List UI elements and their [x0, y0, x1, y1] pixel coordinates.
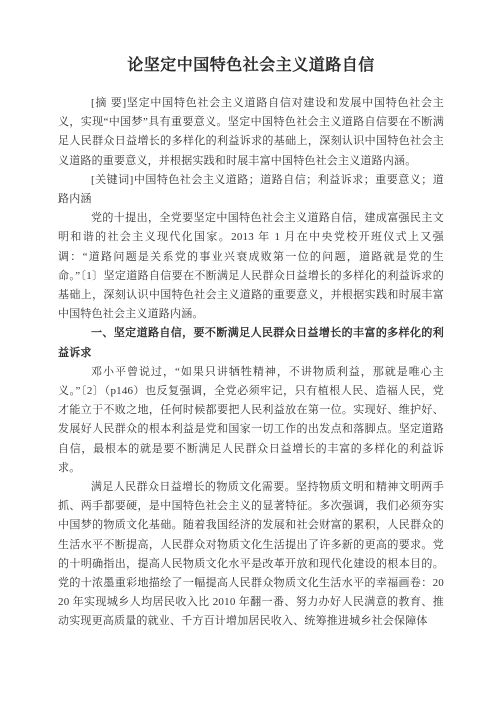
intro-paragraph: 党的十提出，全党要坚定中国特色社会主义道路自信，建成富强民主文明和谐的社会主义现… [58, 209, 444, 324]
body-paragraph-2: 满足人民群众日益增长的物质文化需要。坚持物质文明和精神文明两手抓、两手都要硬，是… [58, 478, 444, 632]
abstract-paragraph: [摘 要]坚定中国特色社会主义道路自信对建设和发展中国特色社会主义，实现“中国梦… [58, 94, 444, 171]
body-paragraph-1: 邓小平曾说过，“如果只讲牺牲精神，不讲物质利益，那就是唯心主义。”〔2〕（p14… [58, 363, 444, 478]
document-title: 论坚定中国特色社会主义道路自信 [58, 54, 444, 78]
section-heading: 一、坚定道路自信，要不断满足人民群众日益增长的丰富的多样化的利益诉求 [58, 324, 444, 362]
keywords-paragraph: [关键词]中国特色社会主义道路；道路自信；利益诉求；重要意义；道路内涵 [58, 171, 444, 209]
document-page: 论坚定中国特色社会主义道路自信 [摘 要]坚定中国特色社会主义道路自信对建设和发… [0, 0, 500, 707]
